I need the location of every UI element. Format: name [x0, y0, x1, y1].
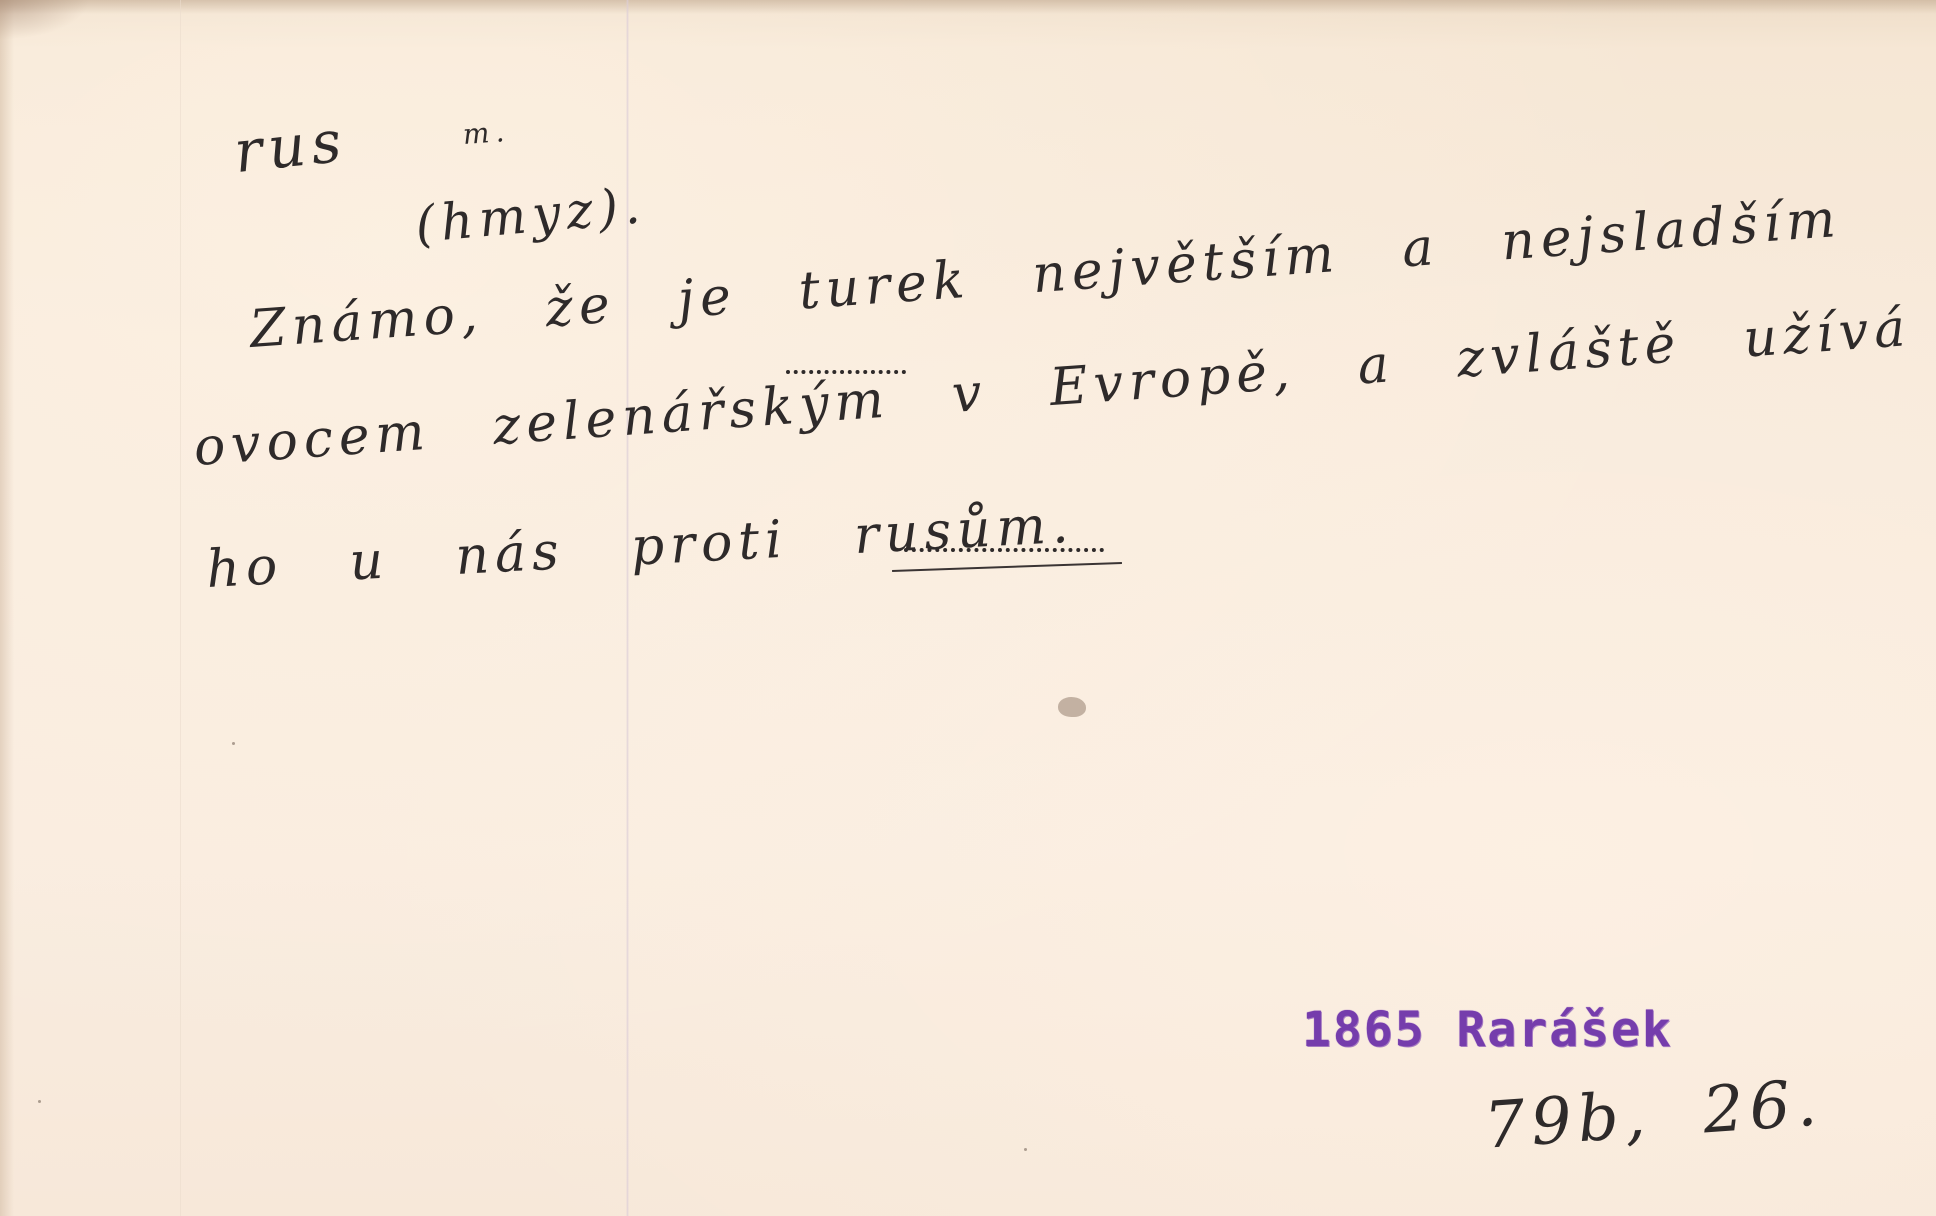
- semantic-category: (hmyz).: [413, 176, 648, 254]
- paper-top-edge: [0, 0, 1936, 14]
- paper-margin-line: [180, 0, 181, 1216]
- ink-stain: [1058, 697, 1086, 717]
- paper-speck: [38, 1100, 41, 1103]
- source-stamp: 1865 Rarášek: [1302, 1002, 1673, 1058]
- headword: rus: [231, 107, 350, 186]
- paper-corner-shadow: [0, 0, 90, 40]
- emphasis-dots-rusum: [904, 548, 1104, 552]
- paper-speck: [1024, 1148, 1027, 1151]
- page-reference: 79b, 26.: [1482, 1066, 1825, 1163]
- paper-speck: [232, 742, 235, 745]
- paper-left-edge: [0, 0, 14, 1216]
- grammatical-gender: m.: [462, 115, 512, 151]
- emphasis-dots-turek: [786, 370, 906, 374]
- underline-rusum: [892, 562, 1122, 572]
- dictionary-slip: rus m. (hmyz). Známo, že je turek největ…: [0, 0, 1936, 1216]
